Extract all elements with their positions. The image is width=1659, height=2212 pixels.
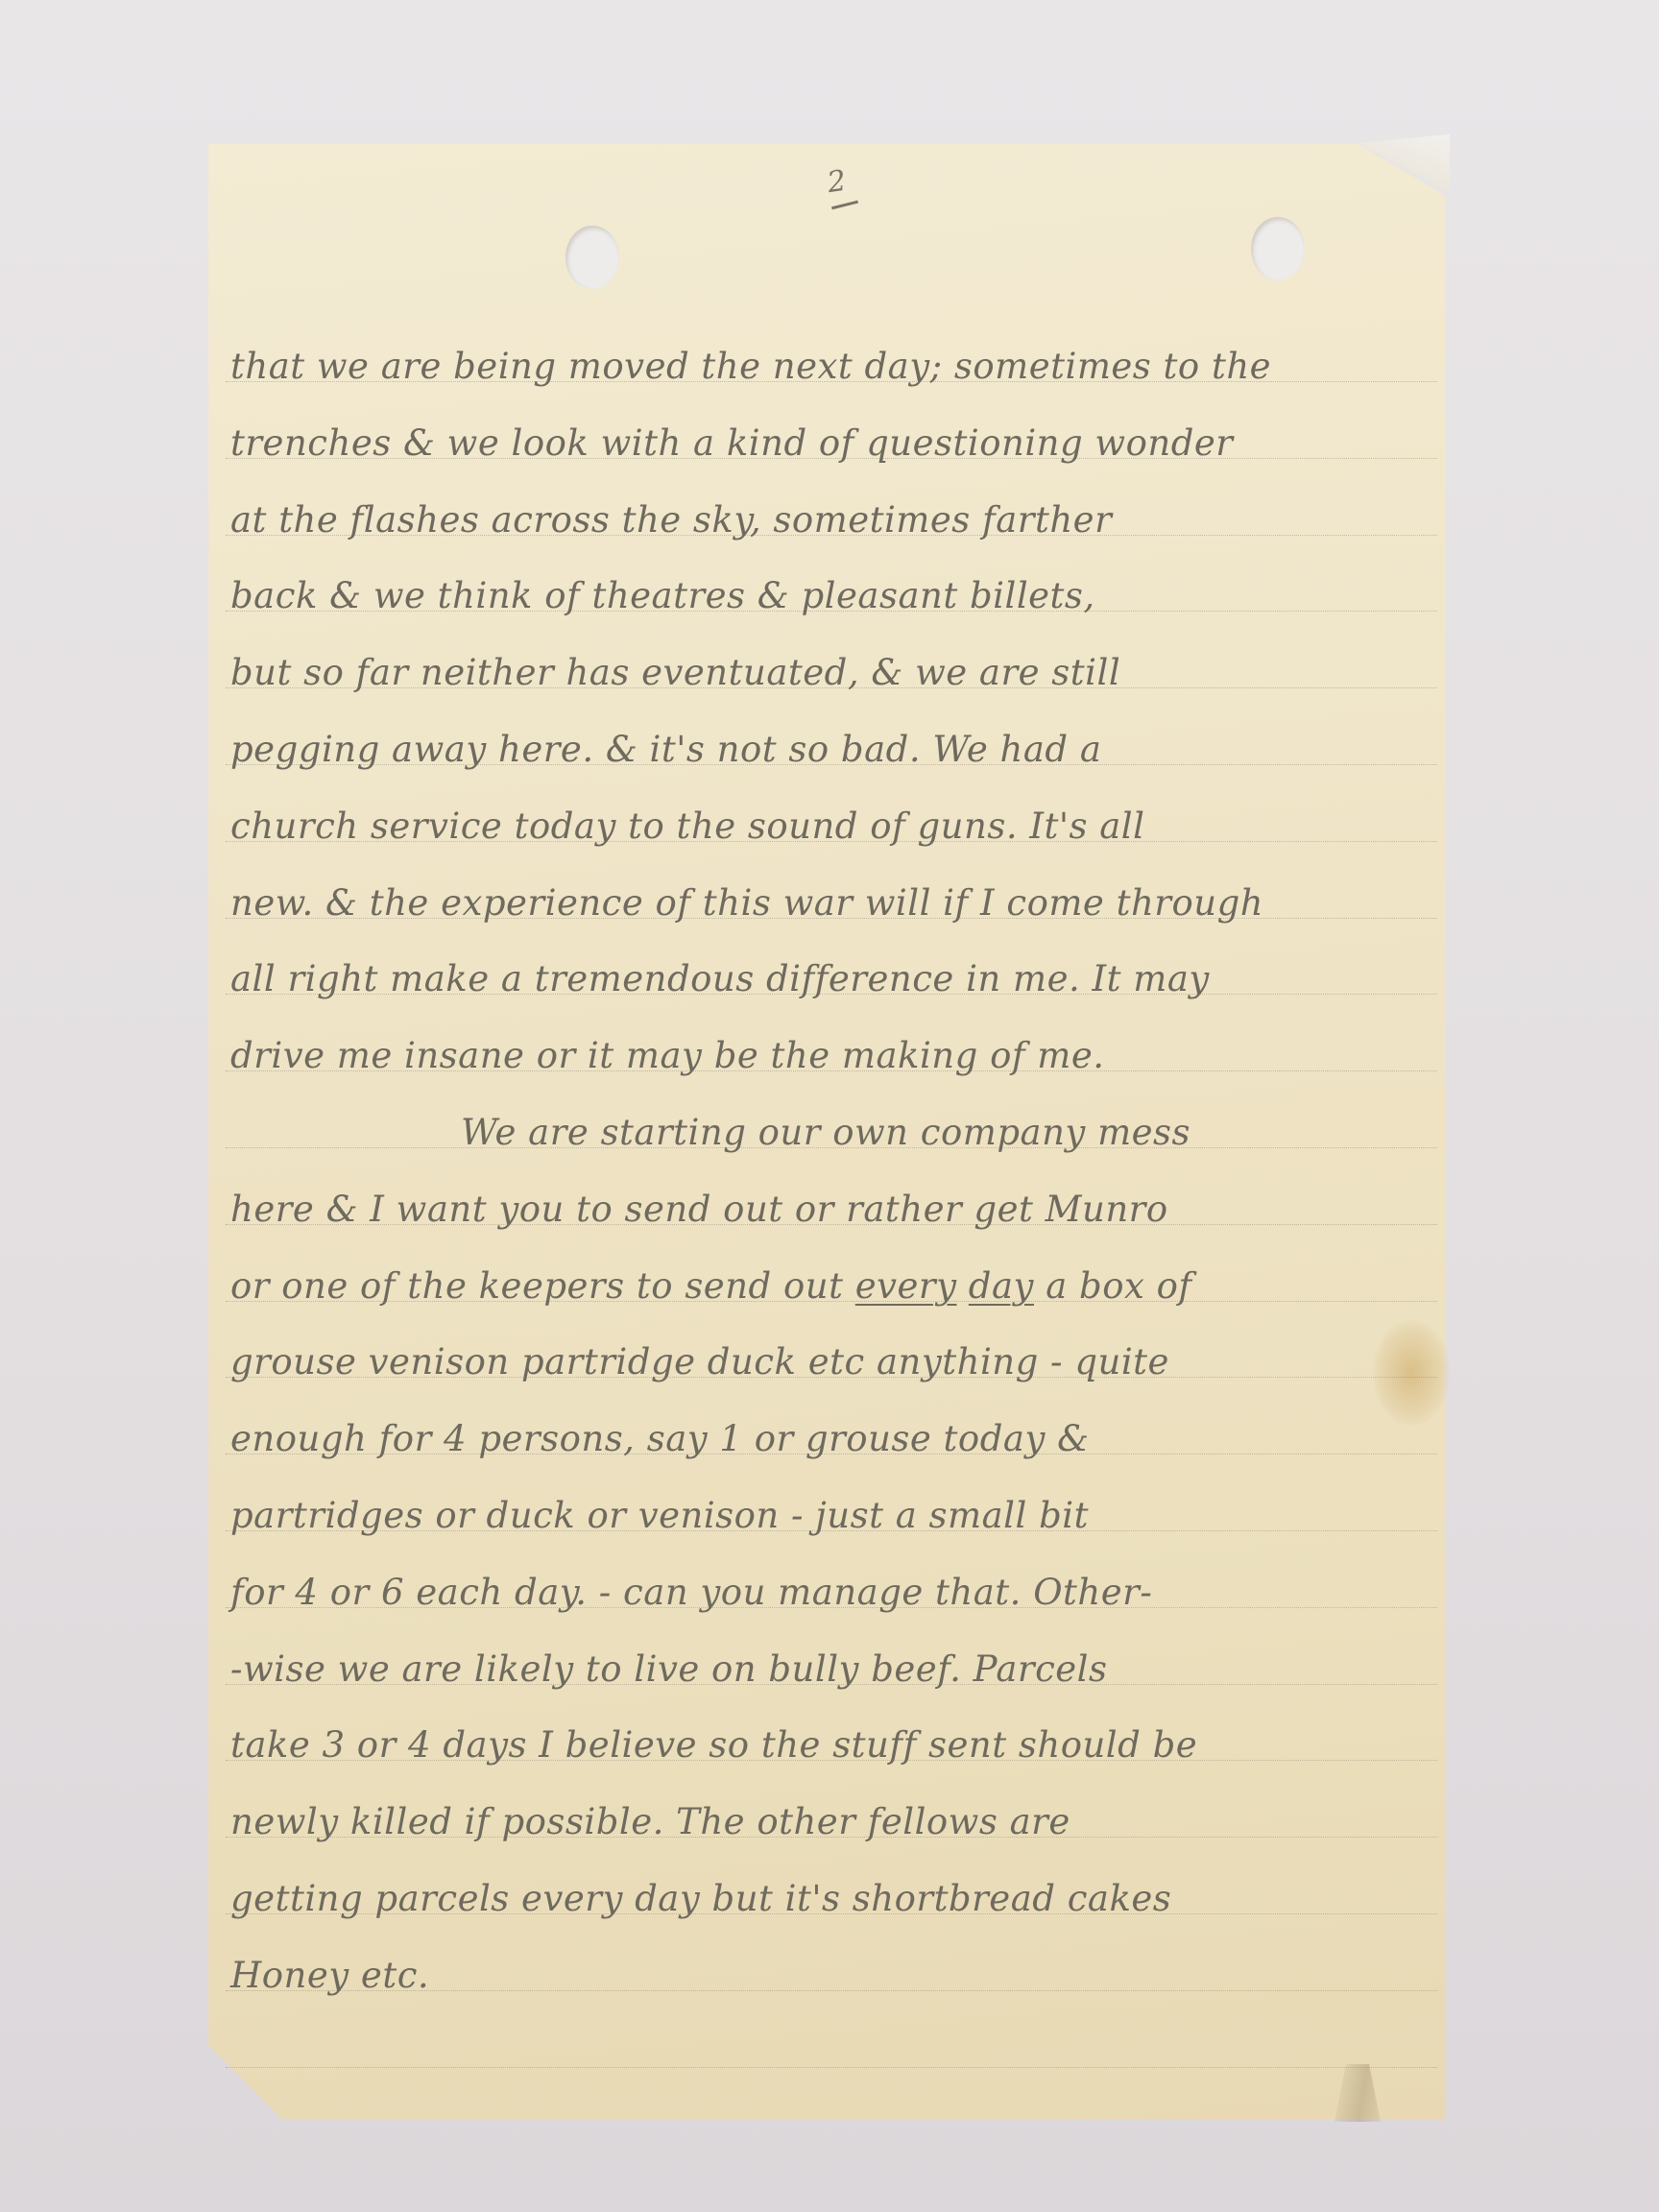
letter-line: but so far neither has eventuated, & we … (230, 655, 1440, 690)
letter-line: take 3 or 4 days I believe so the stuff … (230, 1727, 1440, 1763)
handwritten-text: that we are being moved the next day; so… (0, 0, 1659, 2212)
letter-line: or one of the keepers to send out every … (230, 1268, 1440, 1304)
letter-line: pegging away here. & it's not so bad. We… (230, 732, 1440, 767)
letter-line: newly killed if possible. The other fell… (230, 1804, 1440, 1839)
letter-line: all right make a tremendous difference i… (230, 961, 1440, 997)
letter-line: at the flashes across the sky, sometimes… (230, 502, 1440, 538)
letter-line: partridges or duck or venison - just a s… (230, 1498, 1440, 1533)
letter-line: here & I want you to send out or rather … (230, 1191, 1440, 1227)
letter-line: that we are being moved the next day; so… (230, 349, 1440, 384)
letter-line: new. & the experience of this war will i… (230, 885, 1440, 921)
letter-line: We are starting our own company mess (230, 1115, 1440, 1150)
underlined-word: every (855, 1265, 957, 1307)
letter-line: Honey etc. (230, 1958, 1440, 1993)
letter-line: drive me insane or it may be the making … (230, 1038, 1440, 1073)
letter-line: grouse venison partridge duck etc anythi… (230, 1344, 1440, 1380)
letter-line: -wise we are likely to live on bully bee… (230, 1651, 1440, 1687)
letter-line: back & we think of theatres & pleasant b… (230, 578, 1440, 613)
letter-line: enough for 4 persons, say 1 or grouse to… (230, 1421, 1440, 1456)
letter-line: church service today to the sound of gun… (230, 808, 1440, 844)
letter-line: getting parcels every day but it's short… (230, 1881, 1440, 1916)
letter-line: for 4 or 6 each day. - can you manage th… (230, 1575, 1440, 1610)
letter-line: trenches & we look with a kind of questi… (230, 425, 1440, 461)
underlined-word: day (969, 1265, 1034, 1307)
